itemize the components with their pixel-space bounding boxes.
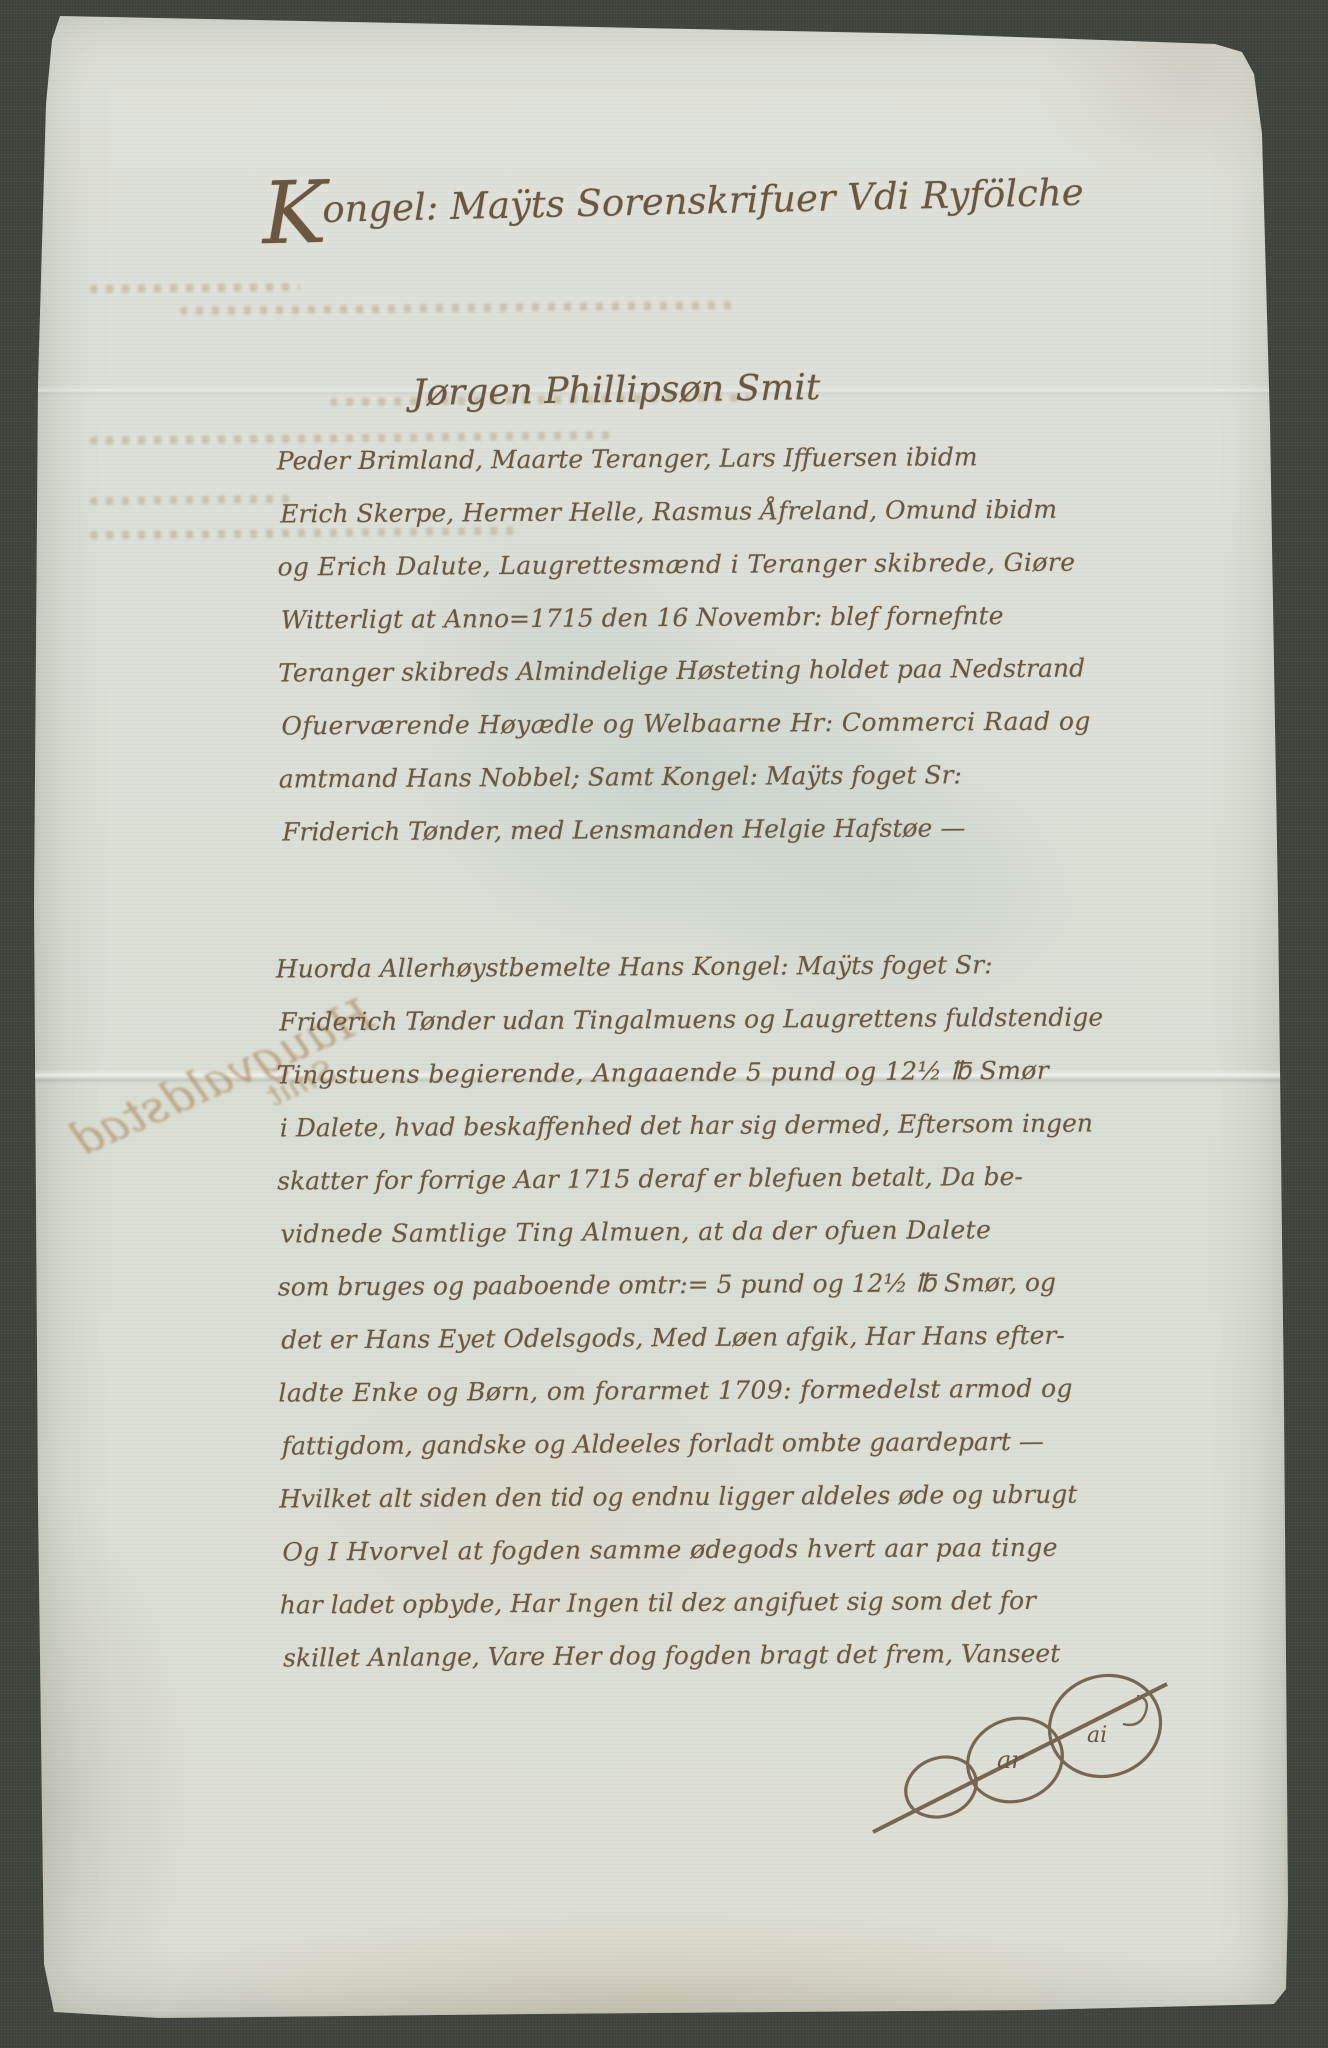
manuscript-line: fattigdom, gandske og Aldeeles forladt o… bbox=[282, 1414, 1106, 1472]
manuscript-line: Huorda Allerhøystbemelte Hans Kongel: Ma… bbox=[276, 937, 1103, 995]
manuscript-line: har ladet opbyde, Har Ingen til dez angi… bbox=[280, 1573, 1107, 1631]
ink-bleedthrough-row bbox=[180, 301, 740, 315]
heading-line1: Kongel: Maÿts Sorenskrifuer Vdi Ryfölche bbox=[262, 171, 1084, 233]
manuscript-line: Friderich Tønder, med Lensmanden Helgie … bbox=[282, 801, 1092, 859]
heading-line2: Jørgen Phillipsøn Smit bbox=[412, 367, 821, 414]
manuscript-line: det er Hans Eyet Odelsgods, Med Løen afg… bbox=[281, 1308, 1105, 1366]
manuscript-photo: { "page": { "kind": "Scanned 18th-centur… bbox=[0, 0, 1328, 2048]
signature-mark: ar bbox=[997, 1746, 1024, 1774]
manuscript-line: og Erich Dalute, Laugrettesmænd i Terang… bbox=[277, 536, 1090, 594]
manuscript-line: Hvilket alt siden den tid og endnu ligge… bbox=[279, 1467, 1106, 1525]
manuscript-page: Haugvaldstad Smit Kongel: Maÿts Sorenskr… bbox=[30, 4, 1290, 2020]
manuscript-line: amtmand Hans Nobbel; Samt Kongel: Maÿts … bbox=[279, 748, 1092, 806]
corner-crease bbox=[1229, 5, 1303, 98]
manuscript-line: Witterligt at Anno=1715 den 16 Novembr: … bbox=[281, 589, 1091, 647]
signature-mark: ai bbox=[1087, 1723, 1107, 1748]
manuscript-line: Tingstuens begierende, Angaaende 5 pund … bbox=[276, 1043, 1103, 1101]
body-paragraph-1: Peder Brimland, Maarte Teranger, Lars If… bbox=[277, 430, 1092, 859]
manuscript-line: som bruges og paaboende omtr:= 5 pund og… bbox=[278, 1255, 1105, 1313]
manuscript-line: Ofuerværende Høyædle og Welbaarne Hr: Co… bbox=[281, 695, 1091, 753]
body-paragraph-2: Huorda Allerhøystbemelte Hans Kongel: Ma… bbox=[276, 937, 1107, 1684]
manuscript-line: vidnede Samtlige Ting Almuen, at da der … bbox=[280, 1202, 1104, 1260]
ink-bleedthrough-row bbox=[90, 495, 290, 505]
manuscript-line: i Dalete, hvad beskaffenhed det har sig … bbox=[280, 1096, 1104, 1154]
signature-flourish: ar ai bbox=[845, 1666, 1185, 1856]
manuscript-line: ladte Enke og Børn, om forarmet 1709: fo… bbox=[278, 1361, 1105, 1419]
manuscript-line: skatter for forrige Aar 1715 deraf er bl… bbox=[277, 1149, 1104, 1207]
manuscript-line: Erich Skerpe, Hermer Helle, Rasmus Åfrel… bbox=[280, 483, 1090, 541]
heading-line1-text: ongel: Maÿts Sorenskrifuer Vdi Ryfölche bbox=[322, 171, 1084, 231]
manuscript-line: Friderich Tønder udan Tingalmuens og Lau… bbox=[279, 990, 1103, 1048]
manuscript-line: Og I Hvorvel at fogden samme ødegods hve… bbox=[282, 1520, 1106, 1578]
decorated-initial: K bbox=[261, 163, 324, 264]
ink-bleedthrough-row bbox=[90, 283, 300, 293]
manuscript-line: Peder Brimland, Maarte Teranger, Lars If… bbox=[277, 430, 1090, 488]
manuscript-line: Teranger skibreds Almindelige Høsteting … bbox=[278, 642, 1091, 700]
